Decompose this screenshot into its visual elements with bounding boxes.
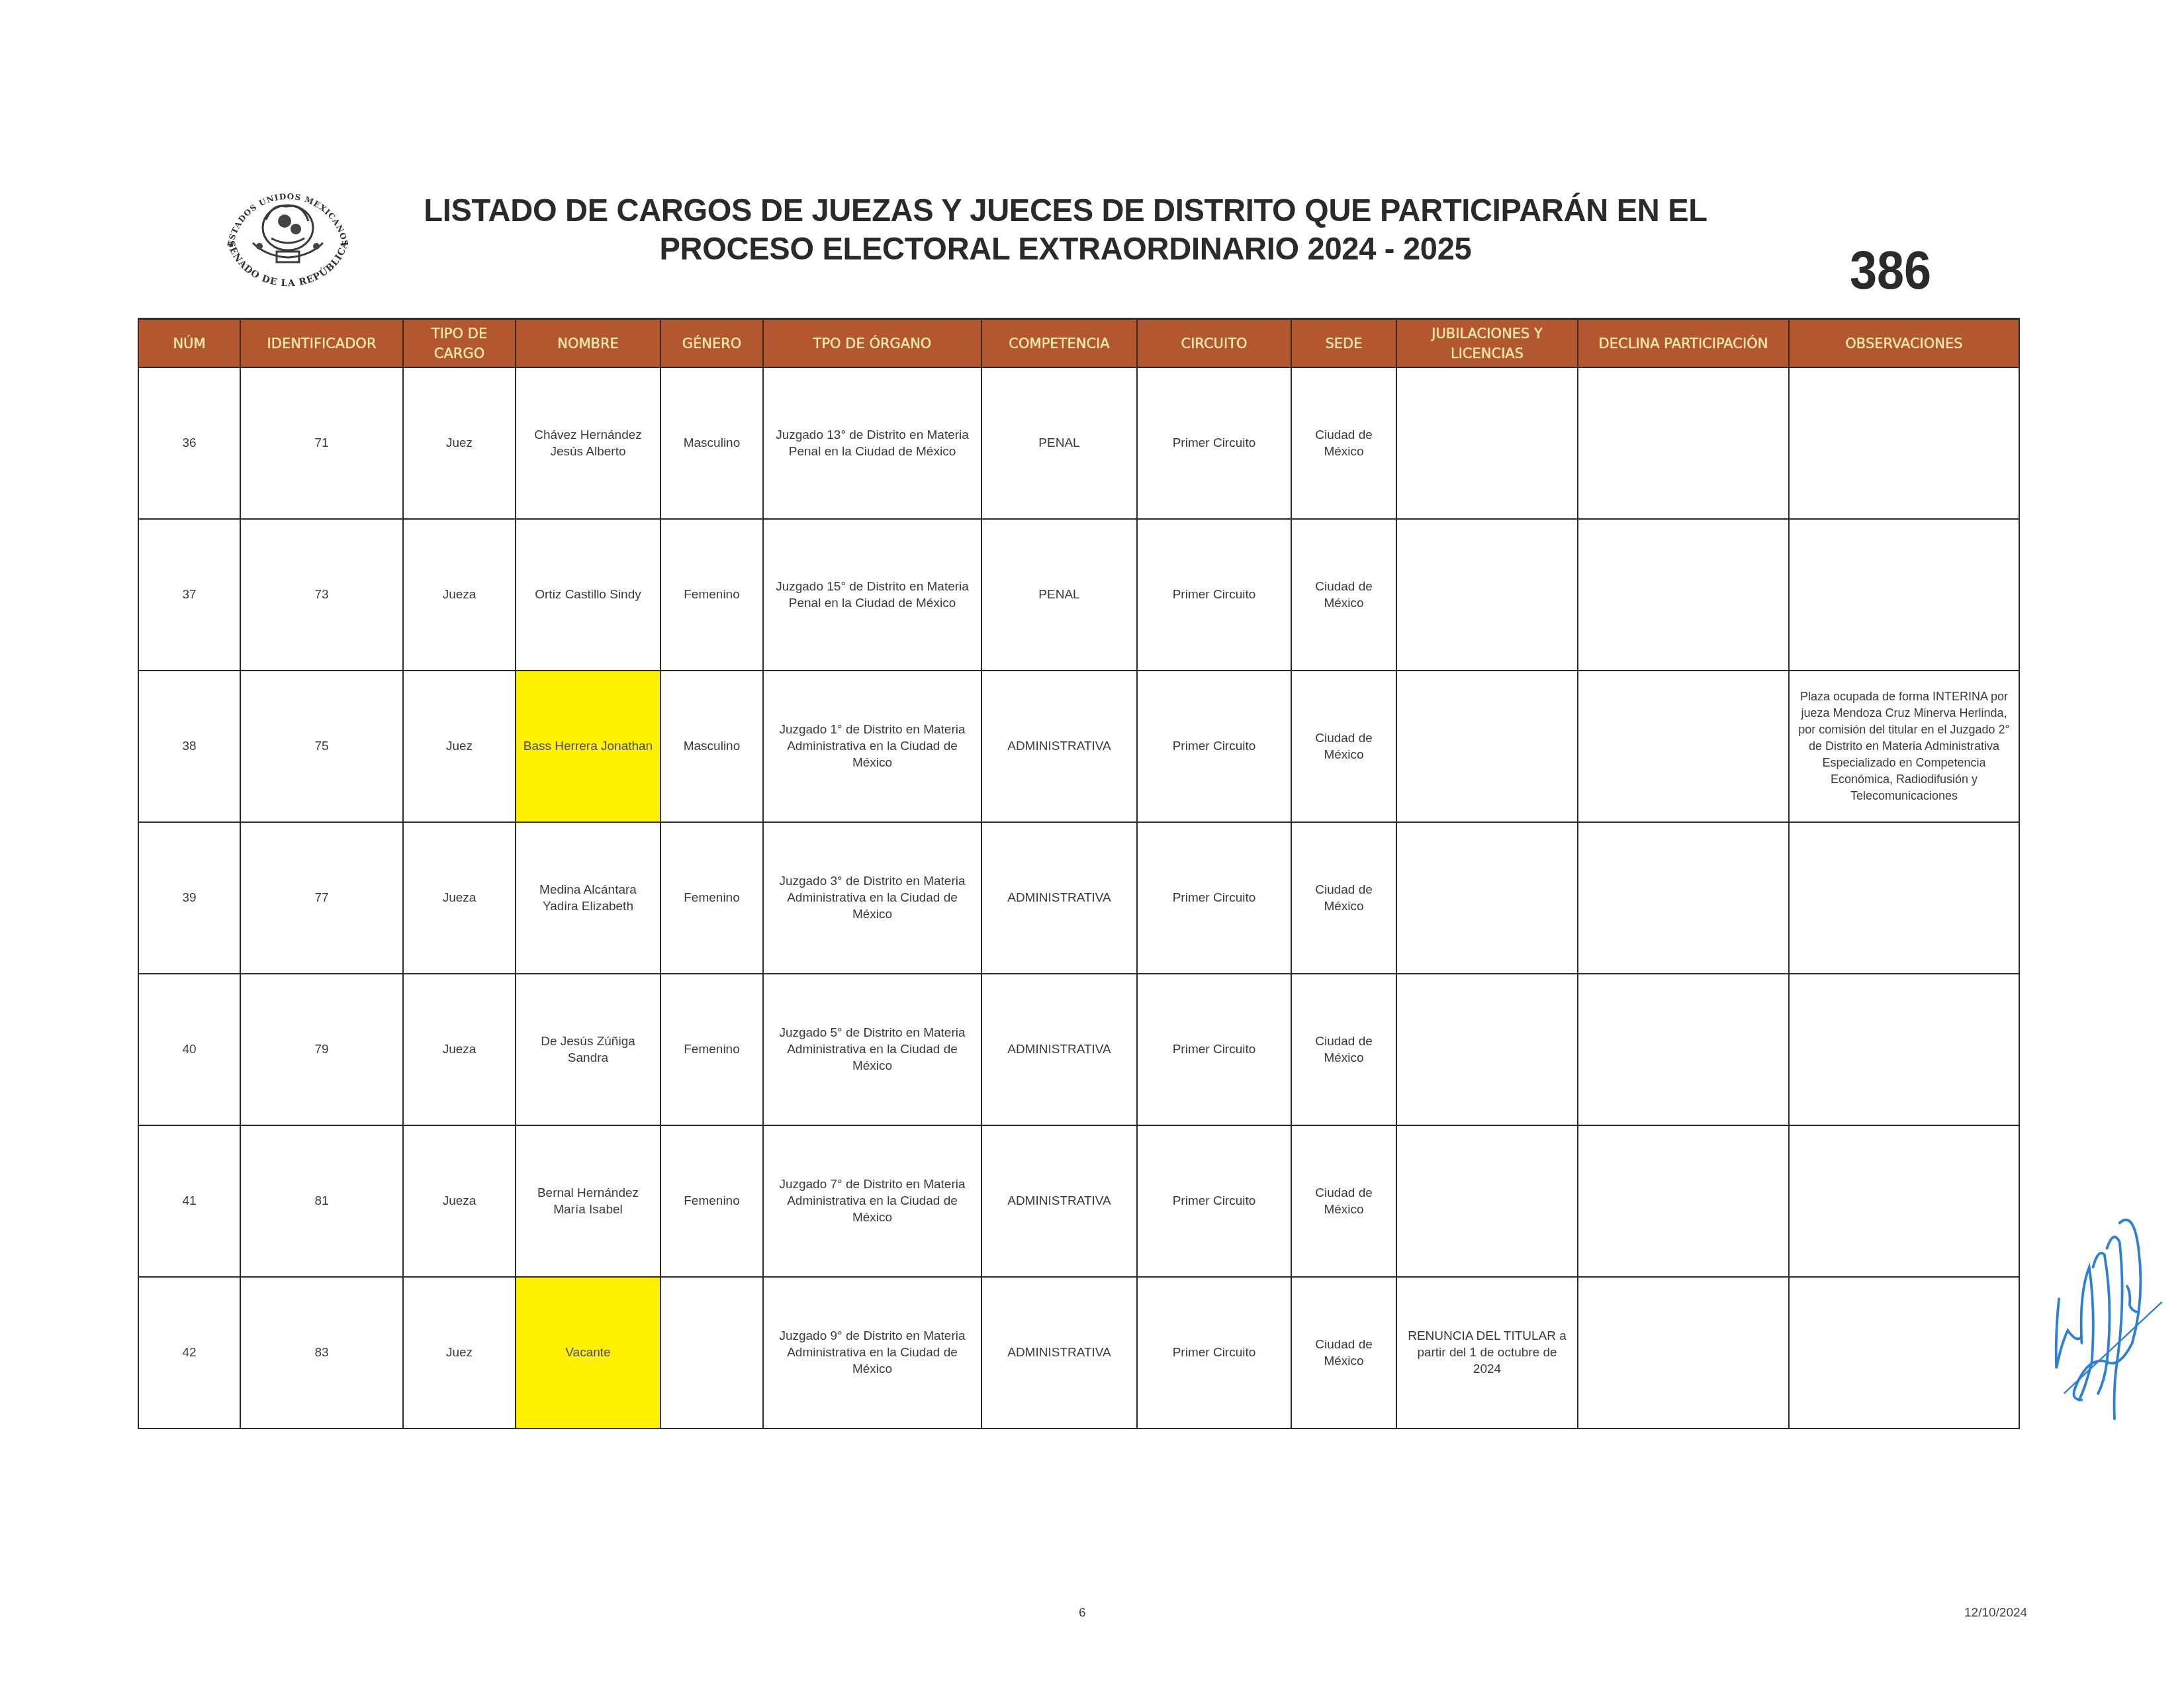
column-header-declina: DECLINA PARTICIPACIÓN [1578,319,1789,368]
table-row: 3671JuezChávez Hernández Jesús AlbertoMa… [138,367,2019,519]
cell-num: 42 [138,1277,240,1429]
cell-sede: Ciudad de México [1291,974,1396,1125]
cell-organo: Juzgado 1° de Distrito en Materia Admini… [763,671,981,822]
cell-jubilaciones [1396,367,1578,519]
cell-tipo-cargo: Jueza [403,1125,516,1277]
column-header-competencia: COMPETENCIA [981,319,1137,368]
title-line-1: LISTADO DE CARGOS DE JUEZAS Y JUECES DE … [410,192,1721,230]
cell-tipo-cargo: Juez [403,1277,516,1429]
cell-observaciones [1789,1277,2019,1429]
cell-jubilaciones [1396,1125,1578,1277]
cell-sede: Ciudad de México [1291,671,1396,822]
cell-identificador: 71 [240,367,403,519]
cell-observaciones: Plaza ocupada de forma INTERINA por juez… [1789,671,2019,822]
cell-sede: Ciudad de México [1291,1125,1396,1277]
cell-circuito: Primer Circuito [1137,367,1291,519]
cell-num: 36 [138,367,240,519]
cell-circuito: Primer Circuito [1137,519,1291,671]
cell-genero: Femenino [660,519,763,671]
cell-tipo-cargo: Juez [403,671,516,822]
table-row: 3977JuezaMedina Alcántara Yadira Elizabe… [138,822,2019,974]
cell-circuito: Primer Circuito [1137,974,1291,1125]
cell-identificador: 79 [240,974,403,1125]
table-row: 4079JuezaDe Jesús Zúñiga SandraFemeninoJ… [138,974,2019,1125]
table-row: 4283JuezVacanteJuzgado 9° de Distrito en… [138,1277,2019,1429]
cell-jubilaciones: RENUNCIA DEL TITULAR a partir del 1 de o… [1396,1277,1578,1429]
cell-organo: Juzgado 9° de Distrito en Materia Admini… [763,1277,981,1429]
cell-nombre: Bernal Hernández María Isabel [516,1125,660,1277]
column-header-organo: TPO DE ÓRGANO [763,319,981,368]
cell-nombre: Chávez Hernández Jesús Alberto [516,367,660,519]
cell-declina [1578,1125,1789,1277]
table-body: 3671JuezChávez Hernández Jesús AlbertoMa… [138,367,2019,1429]
cell-genero: Femenino [660,822,763,974]
cell-nombre: De Jesús Zúñiga Sandra [516,974,660,1125]
svg-text:SENADO DE LA REPÚBLICA: SENADO DE LA REPÚBLICA [225,240,351,289]
page-number: 6 [1079,1606,1086,1620]
document-date: 12/10/2024 [1964,1606,2027,1620]
judges-table: NÚM IDENTIFICADOR TIPO DE CARGO NOMBRE G… [138,318,2020,1429]
cell-tipo-cargo: Jueza [403,822,516,974]
cell-organo: Juzgado 13° de Distrito en Materia Penal… [763,367,981,519]
cell-declina [1578,822,1789,974]
cell-genero: Femenino [660,1125,763,1277]
senate-seal-icon: ESTADOS UNIDOS MEXICANOS SENADO DE LA RE… [213,180,363,290]
cell-observaciones [1789,822,2019,974]
cell-competencia: PENAL [981,367,1137,519]
cell-identificador: 75 [240,671,403,822]
cell-tipo-cargo: Juez [403,367,516,519]
page-code: 386 [1850,240,1931,302]
cell-identificador: 77 [240,822,403,974]
cell-observaciones [1789,519,2019,671]
cell-competencia: PENAL [981,519,1137,671]
column-header-genero: GÉNERO [660,319,763,368]
cell-nombre: Ortiz Castillo Sindy [516,519,660,671]
cell-identificador: 83 [240,1277,403,1429]
cell-organo: Juzgado 15° de Distrito en Materia Penal… [763,519,981,671]
cell-num: 38 [138,671,240,822]
cell-num: 40 [138,974,240,1125]
cell-nombre: Bass Herrera Jonathan [516,671,660,822]
cell-tipo-cargo: Jueza [403,519,516,671]
cell-genero [660,1277,763,1429]
cell-organo: Juzgado 7° de Distrito en Materia Admini… [763,1125,981,1277]
cell-sede: Ciudad de México [1291,1277,1396,1429]
cell-genero: Masculino [660,671,763,822]
cell-sede: Ciudad de México [1291,822,1396,974]
cell-declina [1578,519,1789,671]
cell-tipo-cargo: Jueza [403,974,516,1125]
title-line-2: PROCESO ELECTORAL EXTRAORDINARIO 2024 - … [410,230,1721,269]
column-header-observaciones: OBSERVACIONES [1789,319,2019,368]
cell-identificador: 81 [240,1125,403,1277]
cell-circuito: Primer Circuito [1137,822,1291,974]
cell-observaciones [1789,1125,2019,1277]
cell-sede: Ciudad de México [1291,519,1396,671]
column-header-tipo-cargo: TIPO DE CARGO [403,319,516,368]
column-header-nombre: NOMBRE [516,319,660,368]
cell-circuito: Primer Circuito [1137,1277,1291,1429]
column-header-sede: SEDE [1291,319,1396,368]
column-header-num: NÚM [138,319,240,368]
cell-jubilaciones [1396,822,1578,974]
cell-declina [1578,367,1789,519]
cell-nombre: Medina Alcántara Yadira Elizabeth [516,822,660,974]
cell-competencia: ADMINISTRATIVA [981,974,1137,1125]
cell-sede: Ciudad de México [1291,367,1396,519]
cell-competencia: ADMINISTRATIVA [981,671,1137,822]
cell-organo: Juzgado 5° de Distrito en Materia Admini… [763,974,981,1125]
cell-declina [1578,671,1789,822]
cell-declina [1578,974,1789,1125]
document-title: LISTADO DE CARGOS DE JUEZAS Y JUECES DE … [410,192,1721,269]
cell-num: 41 [138,1125,240,1277]
cell-genero: Masculino [660,367,763,519]
handwritten-signature-icon [2045,1208,2184,1446]
cell-circuito: Primer Circuito [1137,1125,1291,1277]
table-row: 3875JuezBass Herrera JonathanMasculinoJu… [138,671,2019,822]
column-header-identificador: IDENTIFICADOR [240,319,403,368]
cell-competencia: ADMINISTRATIVA [981,822,1137,974]
cell-genero: Femenino [660,974,763,1125]
cell-identificador: 73 [240,519,403,671]
table-header-row: NÚM IDENTIFICADOR TIPO DE CARGO NOMBRE G… [138,319,2019,368]
cell-num: 39 [138,822,240,974]
column-header-circuito: CIRCUITO [1137,319,1291,368]
cell-jubilaciones [1396,974,1578,1125]
cell-circuito: Primer Circuito [1137,671,1291,822]
cell-nombre: Vacante [516,1277,660,1429]
cell-organo: Juzgado 3° de Distrito en Materia Admini… [763,822,981,974]
cell-observaciones [1789,367,2019,519]
cell-competencia: ADMINISTRATIVA [981,1125,1137,1277]
table-row: 3773JuezaOrtiz Castillo SindyFemeninoJuz… [138,519,2019,671]
cell-jubilaciones [1396,519,1578,671]
cell-declina [1578,1277,1789,1429]
cell-num: 37 [138,519,240,671]
cell-observaciones [1789,974,2019,1125]
table-row: 4181JuezaBernal Hernández María IsabelFe… [138,1125,2019,1277]
cell-jubilaciones [1396,671,1578,822]
column-header-jubilaciones: JUBILACIONES Y LICENCIAS [1396,319,1578,368]
cell-competencia: ADMINISTRATIVA [981,1277,1137,1429]
